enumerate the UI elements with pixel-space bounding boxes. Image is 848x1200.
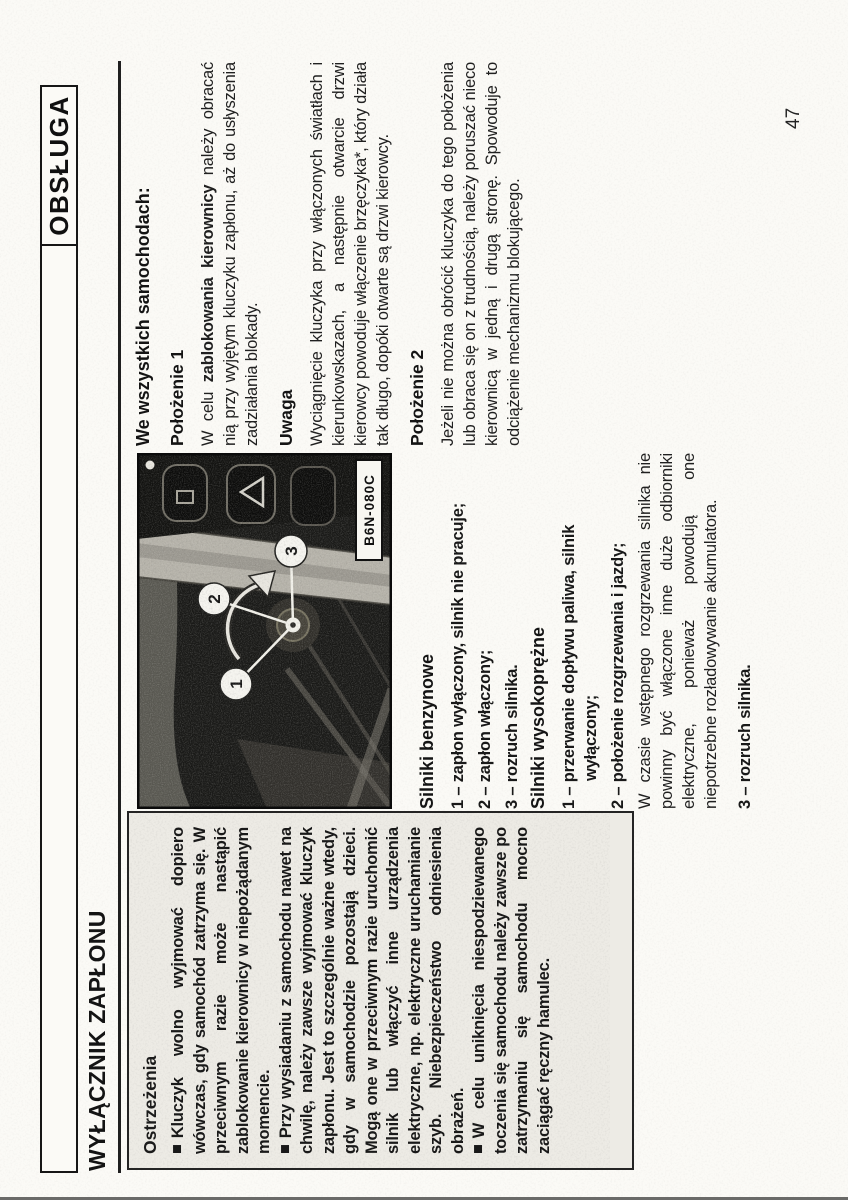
diesel-item: 2 – położenie rozgrzewania i jazdy; xyxy=(607,453,629,809)
diesel-heading: Silniki wysokoprężne xyxy=(528,453,549,809)
bullet-square-icon: ■ xyxy=(167,1144,189,1154)
ignition-lock-figure: 1 2 3 B6N-080C xyxy=(137,453,392,809)
header-rule xyxy=(118,61,121,1173)
diesel-item: 1 – przerwanie dopływu paliwa, silnik wy… xyxy=(558,453,602,809)
pos1-bold: zablokowania kierownicy xyxy=(199,185,217,383)
petrol-heading: Silniki benzynowe xyxy=(417,453,438,809)
column-all-cars: We wszystkich samochodach: Położenie 1 W… xyxy=(133,62,534,446)
warning-item: ■Przy wysiadaniu z samochodu nawet na ch… xyxy=(276,827,470,1154)
warning-item: ■Kluczyk wolno wyjmować dopiero wówczas,… xyxy=(168,827,276,1154)
column-engine-positions: Silniki benzynowe 1 – zapłon wyłączony, … xyxy=(417,453,761,809)
warning-item-text: Przy wysiadaniu z samochodu nawet na chw… xyxy=(277,827,467,1154)
warning-item-text: W celu uniknięcia niespodziewanego tocze… xyxy=(470,827,553,1154)
chapter-header-band: OBSŁUGA xyxy=(40,85,78,1173)
petrol-item: 3 – rozruch silnika. xyxy=(501,453,523,809)
chapter-badge: OBSŁUGA xyxy=(42,87,76,244)
position-1-text: W celu zablokowania kierownicy należy ob… xyxy=(197,62,263,446)
figure-code-label: B6N-080C xyxy=(362,474,377,546)
bullet-square-icon: ■ xyxy=(275,1144,297,1154)
note-text: Wyciągnięcie kluczyka przy włączonych św… xyxy=(306,62,394,446)
ignition-lock-photo: 1 2 3 B6N-080C xyxy=(137,453,392,809)
band-divider xyxy=(42,244,76,247)
scanned-manual-page: OBSŁUGA WYŁĄCZNIK ZAPŁONU Ostrzeżenia ■K… xyxy=(0,0,848,1200)
position-2-heading: Położenie 2 xyxy=(407,62,428,446)
bullet-square-icon: ■ xyxy=(468,1144,490,1154)
warning-item: ■W celu uniknięcia niespodziewanego tocz… xyxy=(469,827,555,1154)
petrol-item: 2 – zapłon włączony; xyxy=(474,453,496,809)
pos1-pre: W celu xyxy=(199,382,217,446)
page-number: 47 xyxy=(783,108,805,129)
position-2-text: Jeżeli nie można obrócić kluczyka do teg… xyxy=(437,62,525,446)
warning-box: Ostrzeżenia ■Kluczyk wolno wyjmować dopi… xyxy=(127,811,634,1170)
warning-box-title: Ostrzeżenia xyxy=(140,827,161,1154)
petrol-item: 1 – zapłon wyłączony, silnik nie pracuje… xyxy=(447,453,469,809)
note-heading: Uwaga xyxy=(276,62,297,446)
page-title: WYŁĄCZNIK ZAPŁONU xyxy=(84,910,111,1171)
diesel-note: W czasie wstępnego rozgrzewania silnika … xyxy=(634,453,722,809)
warning-item-text: Kluczyk wolno wyjmować dopiero wówczas, … xyxy=(169,827,273,1154)
all-cars-heading: We wszystkich samochodach: xyxy=(133,62,154,446)
position-1-heading: Położenie 1 xyxy=(167,62,188,446)
diesel-item: 3 – rozruch silnika. xyxy=(734,453,756,809)
